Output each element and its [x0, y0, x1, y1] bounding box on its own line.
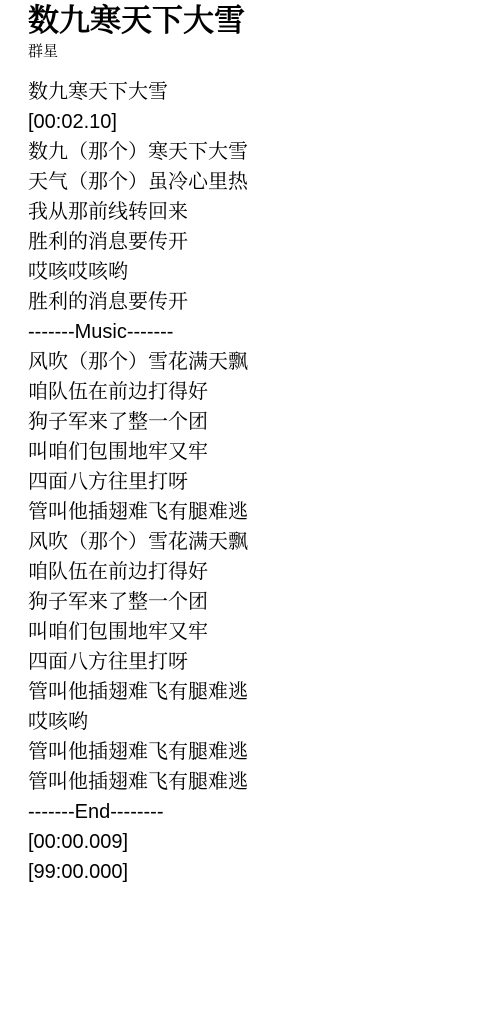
- lyric-line: 四面八方往里打呀: [28, 647, 480, 677]
- lyric-line: 数九寒天下大雪: [28, 77, 480, 107]
- lyric-line: 咱队伍在前边打得好: [28, 557, 480, 587]
- artist-name: 群星: [28, 40, 480, 63]
- lyric-line: 胜利的消息要传开: [28, 287, 480, 317]
- end-separator-line: -------End--------: [28, 797, 480, 827]
- lyric-line: 管叫他插翅难飞有腿难逃: [28, 737, 480, 767]
- lyric-line: 叫咱们包围地牢又牢: [28, 617, 480, 647]
- lyrics-block: 数九寒天下大雪 [00:02.10] 数九（那个）寒天下大雪 天气（那个）虽冷心…: [28, 77, 480, 887]
- lyric-line: 管叫他插翅难飞有腿难逃: [28, 497, 480, 527]
- lyric-line: 哎咳哎咳哟: [28, 257, 480, 287]
- lyric-line: 叫咱们包围地牢又牢: [28, 437, 480, 467]
- lyric-line: 管叫他插翅难飞有腿难逃: [28, 677, 480, 707]
- lyric-line: 狗子军来了整一个团: [28, 407, 480, 437]
- lyric-line: 胜利的消息要传开: [28, 227, 480, 257]
- lyric-line: 风吹（那个）雪花满天飘: [28, 527, 480, 557]
- lyric-line: 天气（那个）虽冷心里热: [28, 167, 480, 197]
- lyric-line: 数九（那个）寒天下大雪: [28, 137, 480, 167]
- timestamp-line: [00:00.009]: [28, 827, 480, 857]
- lyric-line: 咱队伍在前边打得好: [28, 377, 480, 407]
- lyric-line: 管叫他插翅难飞有腿难逃: [28, 767, 480, 797]
- lyric-line: 四面八方往里打呀: [28, 467, 480, 497]
- lyric-line: 风吹（那个）雪花满天飘: [28, 347, 480, 377]
- song-title: 数九寒天下大雪: [28, 2, 480, 40]
- lyric-line: 狗子军来了整一个团: [28, 587, 480, 617]
- timestamp-line: [00:02.10]: [28, 107, 480, 137]
- music-separator-line: -------Music-------: [28, 317, 480, 347]
- lyric-line: 哎咳哟: [28, 707, 480, 737]
- lyric-line: 我从那前线转回来: [28, 197, 480, 227]
- lyrics-page: 数九寒天下大雪 群星 数九寒天下大雪 [00:02.10] 数九（那个）寒天下大…: [0, 0, 500, 887]
- timestamp-line: [99:00.000]: [28, 857, 480, 887]
